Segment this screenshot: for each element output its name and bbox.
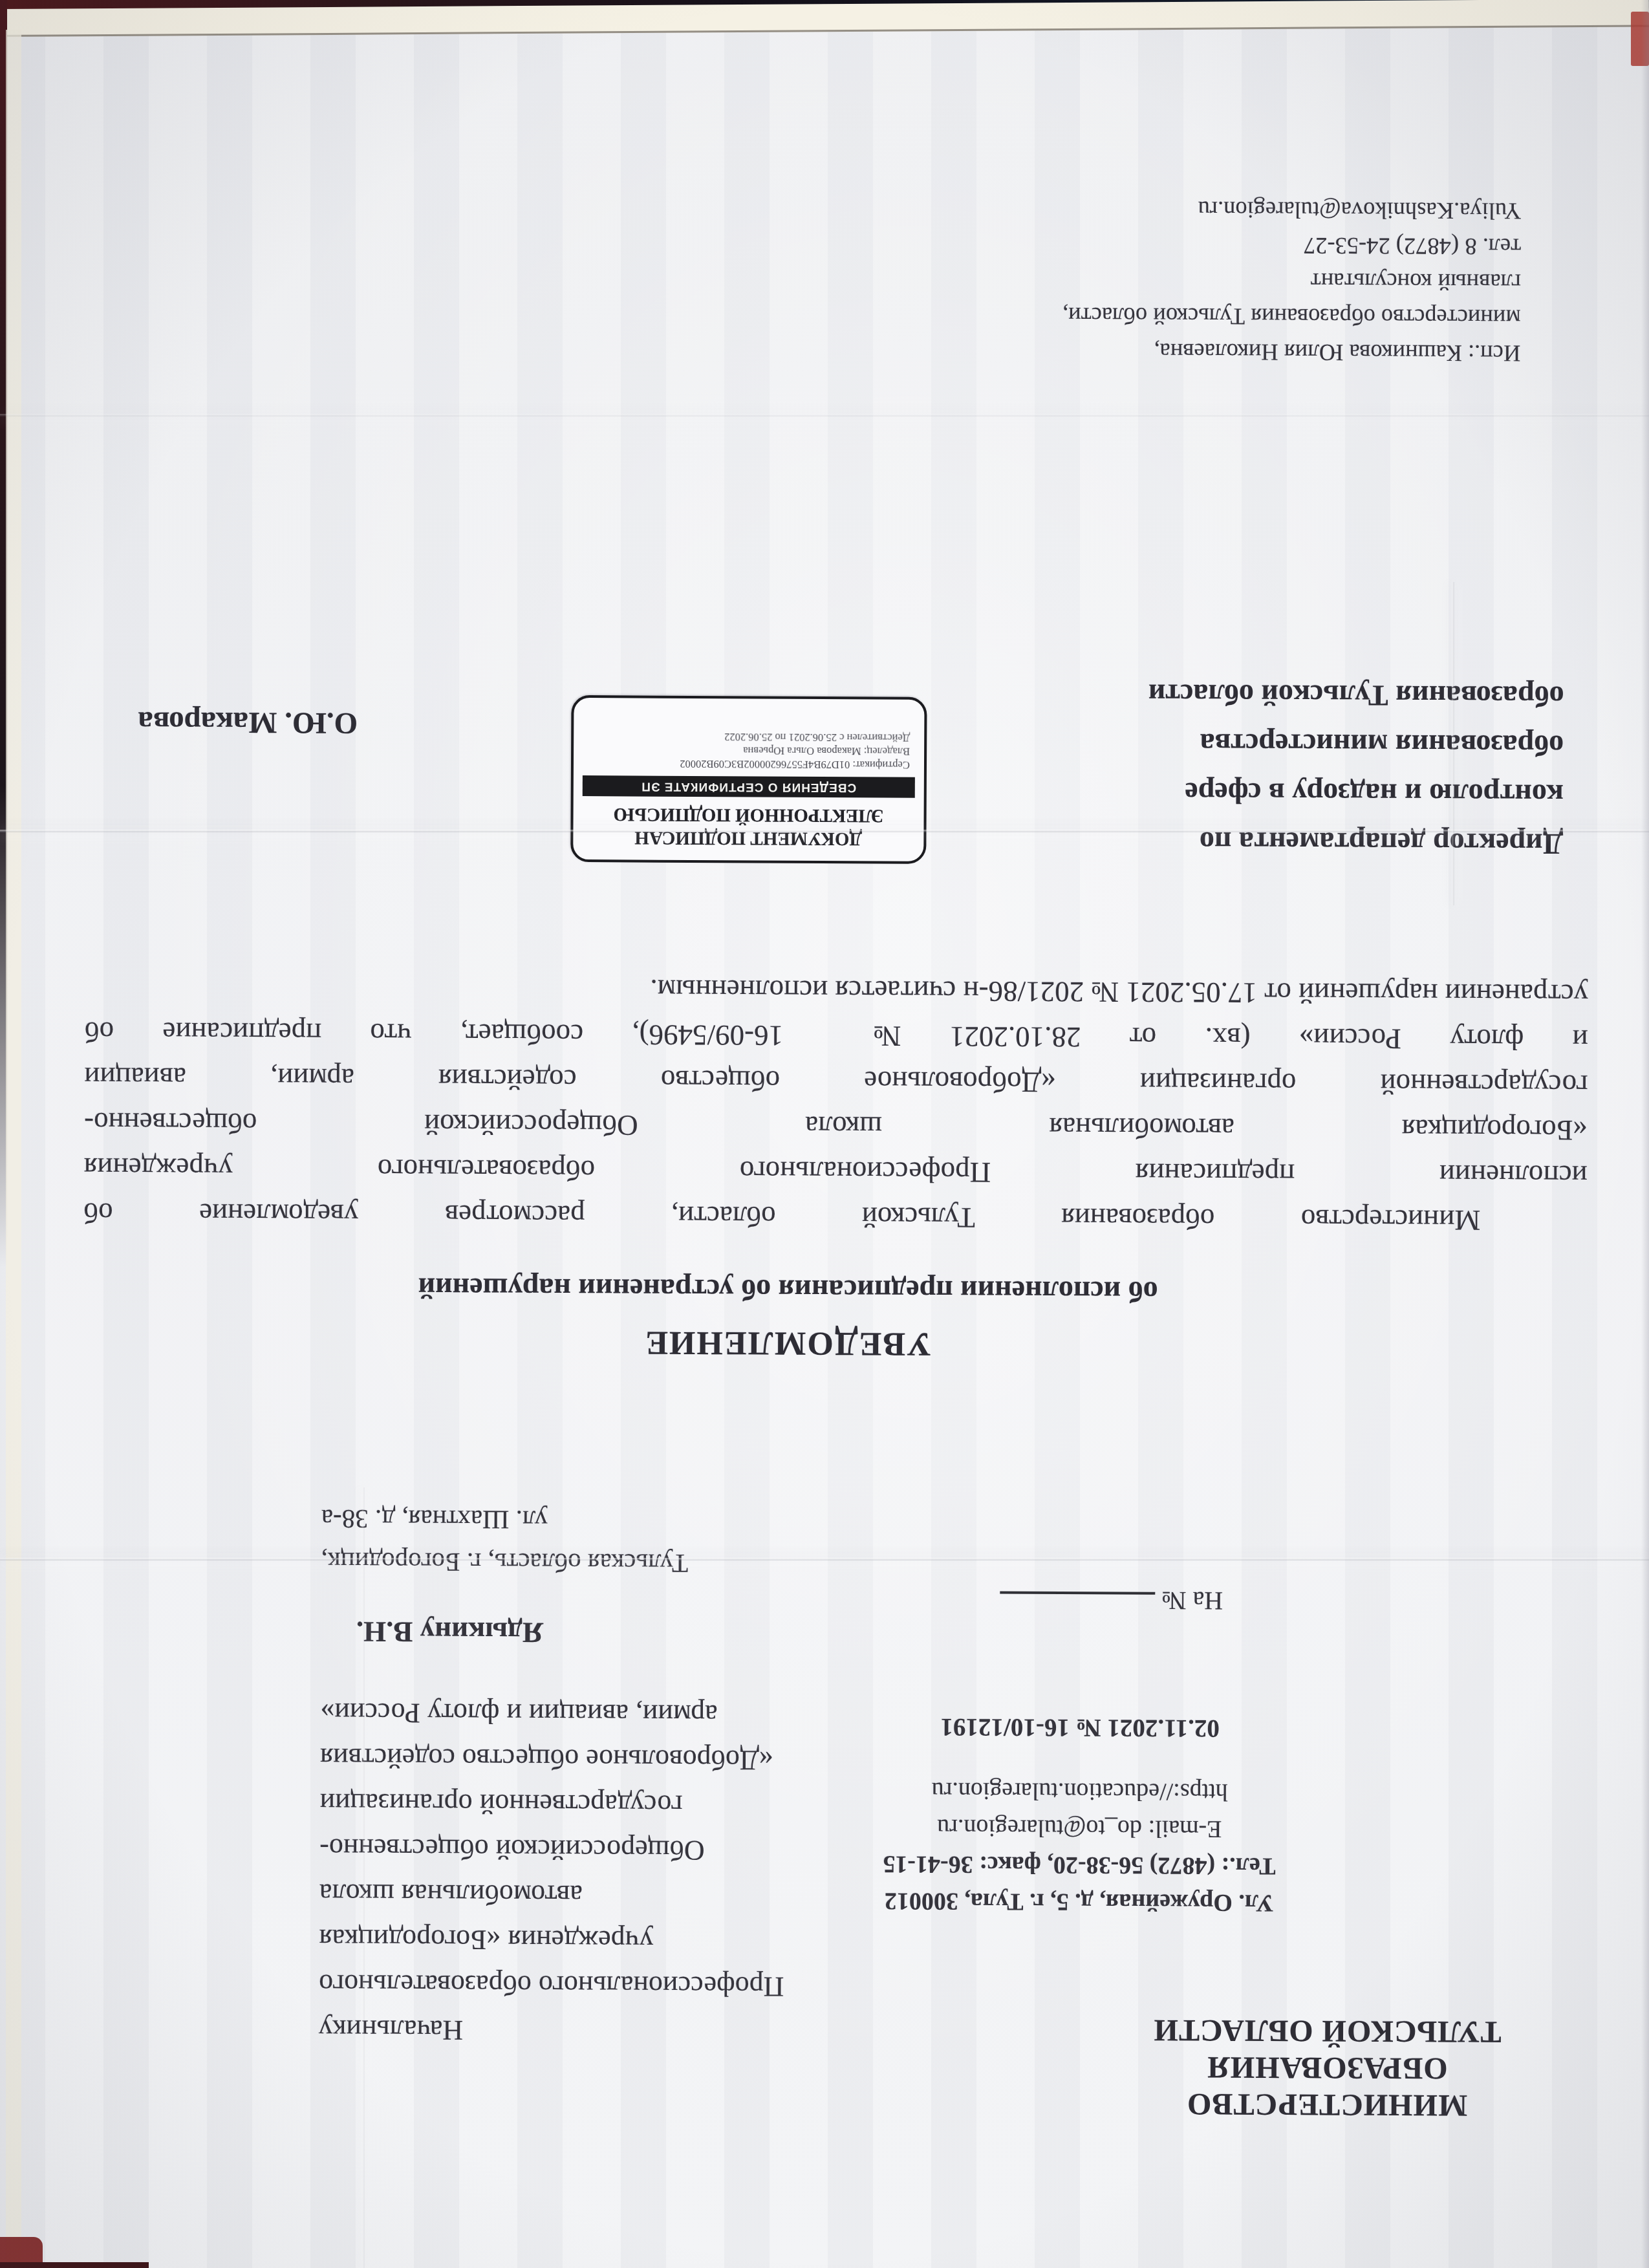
executor-line: тел. 8 (4872) 24-53-27 <box>939 226 1521 265</box>
signer-position-line: контролю и надзору в сфере <box>982 767 1564 819</box>
recipient-line: Общероссийской общественно- <box>319 1826 927 1874</box>
stamp-signed-line: ДОКУМЕНТ ПОДПИСАН <box>573 826 923 851</box>
executor-line: Yuliya.Kashnikova@tularegion.ru <box>939 191 1521 230</box>
executor-block: Исп.: Кашникова Юлия Николаевна, министе… <box>938 191 1521 372</box>
recipient-name: Ядыкину В.Н. <box>321 1609 929 1658</box>
document-title: УВЕДОМЛЕНИЕ <box>25 1321 1551 1366</box>
signer-position-line: образования министерства <box>982 718 1564 770</box>
ministry-letterhead: МИНИСТЕРСТВО ОБРАЗОВАНИЯ ТУЛЬСКОЙ ОБЛАСТ… <box>1101 2011 1554 2124</box>
recipient-line: учреждения «Богородицкая <box>319 1916 927 1965</box>
sender-email: E-mail: do_to@tularegion.ru <box>866 1808 1293 1847</box>
signer-position-line: образования Тульской области <box>982 669 1564 721</box>
recipient-line: автомобильная школа <box>319 1871 927 1919</box>
body-line: исполнении предписания Профессионального… <box>84 1145 1588 1198</box>
stamp-certificate-bar: СВЕДЕНИЯ О СЕРТИФИКАТЕ ЭП <box>583 775 915 798</box>
reply-ref-underline <box>1000 1591 1155 1616</box>
scanned-letter-page: МИНИСТЕРСТВО ОБРАЗОВАНИЯ ТУЛЬСКОЙ ОБЛАСТ… <box>0 0 1649 2268</box>
stamp-certificate-number: Сертификат: 01D79B4F55766200002B3C09B200… <box>574 757 924 772</box>
electronic-signature-stamp: ДОКУМЕНТ ПОДПИСАН ЭЛЕКТРОННОЙ ПОДПИСЬЮ С… <box>570 695 927 864</box>
sender-website: https://education.tularegion.ru <box>867 1771 1293 1810</box>
recipient-line: «Добровольное общество содействия <box>320 1735 928 1784</box>
recipient-address-line: Тульская область, г. Богородицк, <box>321 1540 929 1586</box>
document-title-block: УВЕДОМЛЕНИЕ об исполнении предписания об… <box>25 1269 1551 1366</box>
executor-line: Исп.: Кашникова Юлия Николаевна, <box>938 333 1520 372</box>
body-line: государственной организации «Добровольно… <box>84 1055 1588 1108</box>
body-line: и флоту России» (вх. от 28.10.2021 № 16-… <box>85 1010 1588 1063</box>
signer-position-block: Директор департамента по контролю и надз… <box>981 669 1564 869</box>
stamp-certificate-owner: Владелец: Макарова Ольга Юрьевна <box>574 743 924 759</box>
sender-phone-fax: Тел.: (4872) 56-38-20, факс: 36-41-15 <box>866 1845 1293 1884</box>
body-line: Министерство образования Тульской област… <box>83 1191 1587 1244</box>
recipient-block: Начальнику Профессионального образовател… <box>319 1498 929 2055</box>
signer-position-line: Директор департамента по <box>981 816 1563 869</box>
ministry-line: МИНИСТЕРСТВО <box>1101 2085 1553 2124</box>
document-subtitle: об исполнении предписания об устранении … <box>25 1269 1551 1312</box>
executor-line: министерство образования Тульской област… <box>938 297 1520 336</box>
body-paragraph: Министерство образования Тульской област… <box>83 964 1588 1244</box>
scanned-document-content: МИНИСТЕРСТВО ОБРАЗОВАНИЯ ТУЛЬСКОЙ ОБЛАСТ… <box>0 0 1649 2268</box>
body-line: устранении нарушений от 17.05.2021 № 202… <box>85 964 1588 1017</box>
recipient-line: государственной организации <box>319 1780 927 1829</box>
reply-ref-label: На № <box>1161 1586 1223 1615</box>
body-line: «Богородицкая автомобильная школа Общеро… <box>84 1100 1588 1153</box>
signer-name: О.Ю. Макарова <box>138 704 358 740</box>
outgoing-ref-number: 02.11.2021 № 16-10/12191 <box>867 1712 1293 1743</box>
recipient-address-line: ул. Шахтная, д. 38-а <box>321 1498 929 1544</box>
recipient-address: Тульская область, г. Богородицк, ул. Шах… <box>321 1498 929 1586</box>
stamp-signed-line: ЭЛЕКТРОННОЙ ПОДПИСЬЮ <box>573 803 923 828</box>
recipient-line: Начальнику <box>319 2007 927 2055</box>
stamp-certificate-validity: Действителен с 25.06.2021 по 25.06.2022 <box>574 729 924 745</box>
sender-street-address: Ул. Оружейная, д. 5, г. Тула, 300012 <box>866 1882 1293 1921</box>
ministry-line: ОБРАЗОВАНИЯ <box>1101 2048 1553 2088</box>
recipient-line: армии, авиации и флоту России» <box>320 1690 928 1738</box>
sender-contact-block: Ул. Оружейная, д. 5, г. Тула, 300012 Тел… <box>866 1771 1293 1921</box>
executor-line: главный консультант <box>939 262 1521 301</box>
ministry-line: ТУЛЬСКОЙ ОБЛАСТИ <box>1101 2011 1554 2051</box>
recipient-line: Профессионального образовательного <box>319 1961 927 2010</box>
